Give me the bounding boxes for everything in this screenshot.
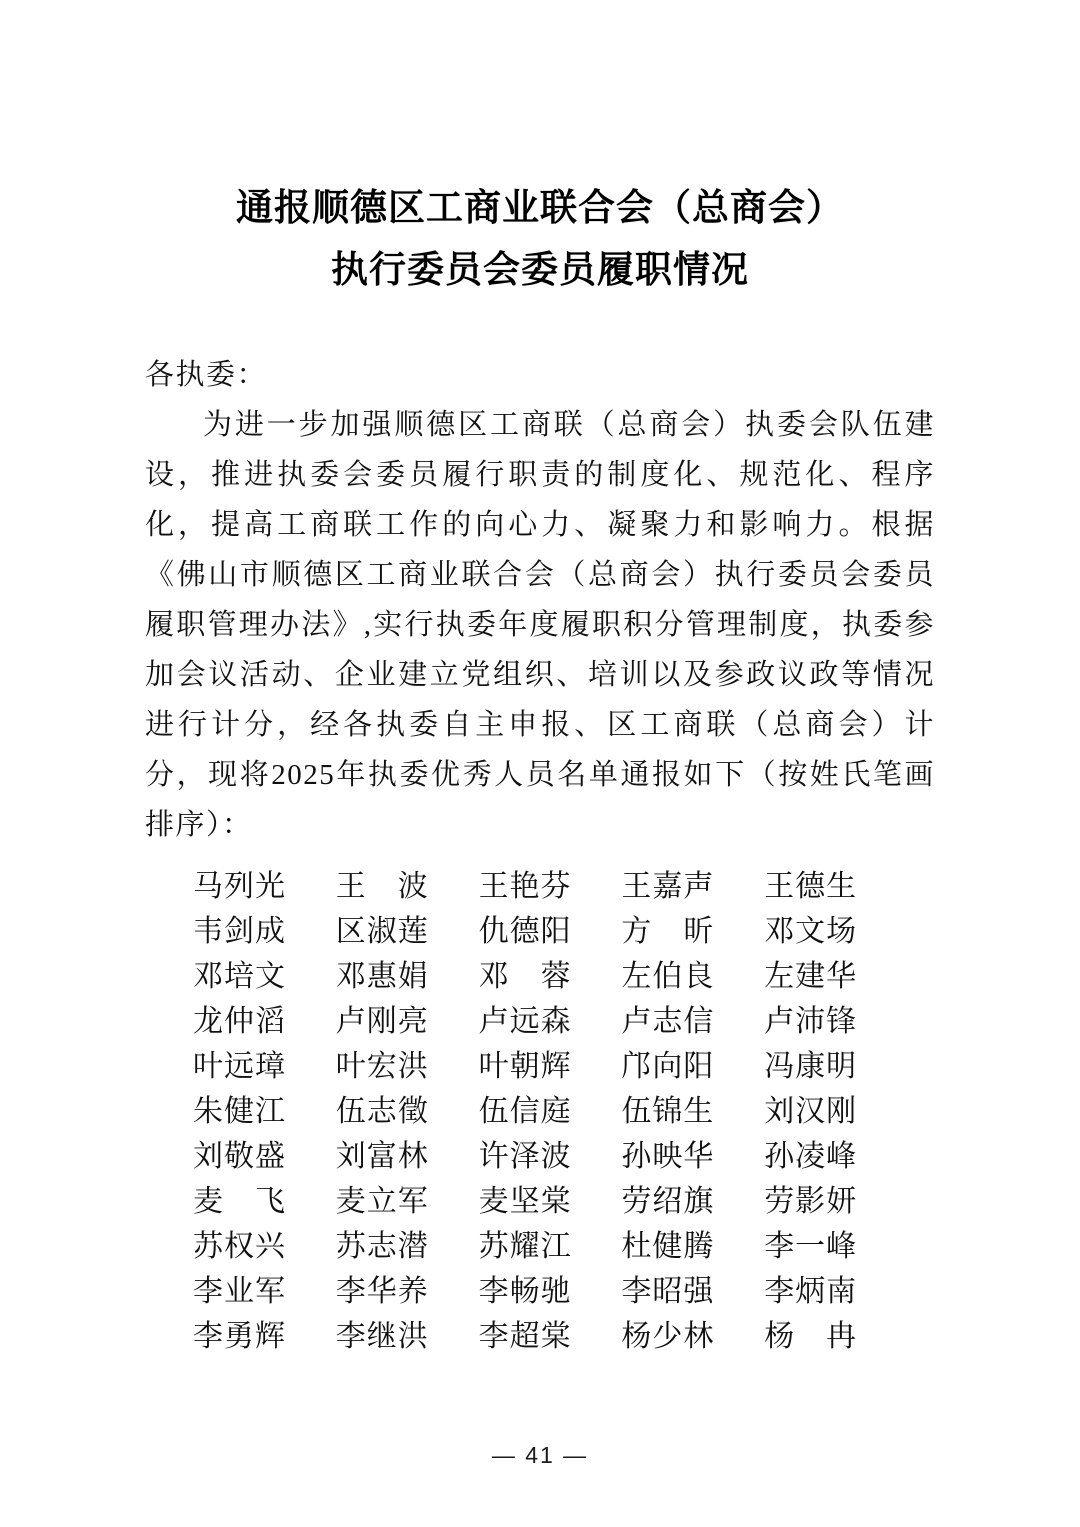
name-cell: 左建华 — [764, 954, 907, 999]
document-page: 通报顺德区工商业联合会（总商会） 执行委员会委员履职情况 各执委： 为进一步加强… — [0, 0, 1080, 1527]
document-body: 各执委： 为进一步加强顺德区工商联（总商会）执委会队伍建设，推进执委会委员履行职… — [145, 350, 935, 1359]
name-cell: 邓培文 — [193, 954, 336, 999]
name-cell: 卢沛锋 — [764, 999, 907, 1044]
name-cell: 王德生 — [764, 864, 907, 909]
name-cell: 伍锦生 — [621, 1089, 764, 1134]
name-cell: 叶远璋 — [193, 1044, 336, 1089]
name-cell: 杨 冉 — [764, 1314, 907, 1359]
name-cell: 伍志徵 — [336, 1089, 479, 1134]
name-cell: 李炳南 — [764, 1269, 907, 1314]
names-grid: 马列光王 波王艳芬王嘉声王德生韦剑成区淑莲仇德阳方 昕邓文场邓培文邓惠娟邓 蓉左… — [193, 864, 907, 1359]
name-cell: 王艳芬 — [479, 864, 622, 909]
title-line-2: 执行委员会委员履职情况 — [0, 240, 1080, 302]
name-cell: 麦 飞 — [193, 1179, 336, 1224]
name-cell: 仇德阳 — [479, 909, 622, 954]
name-cell: 王嘉声 — [621, 864, 764, 909]
body-paragraph: 为进一步加强顺德区工商联（总商会）执委会队伍建设，推进执委会委员履行职责的制度化… — [145, 400, 935, 850]
name-cell: 杜健腾 — [621, 1224, 764, 1269]
name-cell: 刘汉刚 — [764, 1089, 907, 1134]
name-cell: 王 波 — [336, 864, 479, 909]
name-cell: 刘富林 — [336, 1134, 479, 1179]
name-cell: 李华养 — [336, 1269, 479, 1314]
name-cell: 李昭强 — [621, 1269, 764, 1314]
name-cell: 麦立军 — [336, 1179, 479, 1224]
name-cell: 李勇辉 — [193, 1314, 336, 1359]
name-cell: 龙仲滔 — [193, 999, 336, 1044]
name-cell: 麦坚棠 — [479, 1179, 622, 1224]
name-cell: 方 昕 — [621, 909, 764, 954]
name-cell: 韦剑成 — [193, 909, 336, 954]
page-number: — 41 — — [0, 1442, 1080, 1469]
name-cell: 苏耀江 — [479, 1224, 622, 1269]
name-cell: 邝向阳 — [621, 1044, 764, 1089]
name-cell: 孙凌峰 — [764, 1134, 907, 1179]
name-cell: 卢志信 — [621, 999, 764, 1044]
name-cell: 苏志潜 — [336, 1224, 479, 1269]
name-cell: 左伯良 — [621, 954, 764, 999]
name-cell: 区淑莲 — [336, 909, 479, 954]
name-cell: 叶朝辉 — [479, 1044, 622, 1089]
name-cell: 伍信庭 — [479, 1089, 622, 1134]
name-cell: 冯康明 — [764, 1044, 907, 1089]
name-cell: 邓 蓉 — [479, 954, 622, 999]
salutation: 各执委： — [145, 350, 935, 400]
name-cell: 李畅驰 — [479, 1269, 622, 1314]
name-cell: 卢远森 — [479, 999, 622, 1044]
name-cell: 邓惠娟 — [336, 954, 479, 999]
name-cell: 杨少林 — [621, 1314, 764, 1359]
name-cell: 邓文场 — [764, 909, 907, 954]
name-cell: 马列光 — [193, 864, 336, 909]
name-cell: 李业军 — [193, 1269, 336, 1314]
title-line-1: 通报顺德区工商业联合会（总商会） — [0, 178, 1080, 240]
name-cell: 卢刚亮 — [336, 999, 479, 1044]
name-cell: 朱健江 — [193, 1089, 336, 1134]
name-cell: 许泽波 — [479, 1134, 622, 1179]
document-title: 通报顺德区工商业联合会（总商会） 执行委员会委员履职情况 — [0, 178, 1080, 302]
name-cell: 李继洪 — [336, 1314, 479, 1359]
name-cell: 刘敬盛 — [193, 1134, 336, 1179]
name-cell: 李超棠 — [479, 1314, 622, 1359]
name-cell: 劳绍旗 — [621, 1179, 764, 1224]
name-cell: 李一峰 — [764, 1224, 907, 1269]
name-cell: 劳影妍 — [764, 1179, 907, 1224]
name-cell: 叶宏洪 — [336, 1044, 479, 1089]
name-cell: 苏权兴 — [193, 1224, 336, 1269]
name-cell: 孙映华 — [621, 1134, 764, 1179]
